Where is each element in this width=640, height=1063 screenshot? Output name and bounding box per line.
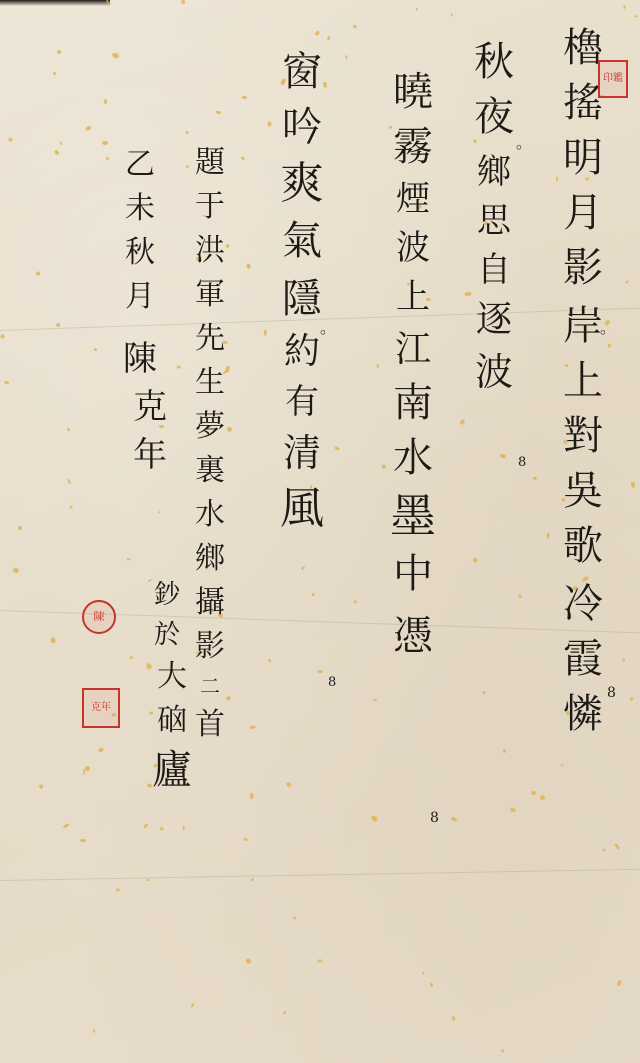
character: 有 bbox=[285, 385, 319, 419]
calligraphy-column-2: 秋 夜 鄉 思 自 逐 波 bbox=[466, 42, 522, 406]
gold-fleck bbox=[242, 96, 247, 99]
character: 吟 bbox=[282, 107, 322, 147]
character: 岸 bbox=[563, 306, 603, 346]
character: 中 bbox=[393, 554, 433, 594]
signature-character: 克 bbox=[133, 390, 167, 424]
character: 影 bbox=[563, 248, 603, 288]
character: 逐 bbox=[476, 302, 512, 338]
character: 歌 bbox=[563, 526, 603, 566]
character: 吳 bbox=[563, 471, 603, 511]
inscription-column-studio: 鈔 於 大 硇 廬 bbox=[112, 582, 212, 804]
character: 冷 bbox=[563, 584, 603, 624]
gold-fleck bbox=[539, 794, 544, 799]
punctuation-mark: 。 bbox=[516, 130, 532, 153]
character: 霞 bbox=[563, 639, 603, 679]
character: 先 bbox=[195, 324, 225, 354]
signature-character: 年 bbox=[133, 438, 167, 472]
character: 憑 bbox=[393, 616, 433, 656]
character: 上 bbox=[396, 280, 430, 314]
character: 鄉 bbox=[195, 544, 225, 574]
character: 乙 bbox=[125, 150, 155, 180]
seal-square-signature: 克年 bbox=[82, 688, 120, 728]
character: 墨 bbox=[390, 493, 436, 539]
character: 對 bbox=[563, 416, 603, 456]
character: 夢 bbox=[195, 412, 225, 442]
signature-character: 陳 bbox=[123, 342, 157, 376]
calligraphy-column-3: 曉 霧 煙 波 上 江 南 水 墨 中 憑 bbox=[385, 72, 441, 671]
character: 秋 bbox=[125, 238, 155, 268]
calligraphy-column-1: 櫓 搖 明 月 影 岸 上 對 吳 歌 冷 霞 憐 bbox=[555, 28, 611, 749]
character: 上 bbox=[563, 361, 603, 401]
character: 明 bbox=[563, 138, 603, 178]
gold-fleck bbox=[38, 784, 43, 789]
character: 搖 bbox=[563, 83, 603, 123]
gold-fleck bbox=[472, 557, 477, 563]
character: 月 bbox=[125, 282, 155, 312]
character: 櫓 bbox=[563, 28, 603, 68]
character: 洪 bbox=[195, 236, 225, 266]
punctuation-mark: 。 bbox=[320, 315, 336, 338]
character: 霧 bbox=[393, 127, 433, 167]
gold-fleck bbox=[267, 121, 272, 127]
character: 江 bbox=[395, 332, 431, 368]
seal-top-right: 印鑑 bbox=[598, 60, 628, 98]
character: 夜 bbox=[474, 97, 514, 137]
punctuation-mark: 8 bbox=[518, 455, 526, 470]
punctuation-mark: 。 bbox=[600, 315, 616, 338]
character: 廬 bbox=[152, 750, 192, 790]
character: 鈔 bbox=[154, 582, 180, 608]
gold-fleck bbox=[500, 1049, 504, 1052]
character: 秋 bbox=[474, 42, 514, 82]
calligraphy-column-4: 窗 吟 爽 氣 隱 約 有 清 風 bbox=[272, 52, 332, 546]
gold-fleck bbox=[282, 1011, 286, 1014]
character: 大 bbox=[157, 662, 187, 692]
character: 水 bbox=[393, 438, 433, 478]
gold-fleck bbox=[243, 837, 248, 841]
punctuation-mark: 。 bbox=[418, 380, 434, 403]
character: 煙 bbox=[396, 182, 430, 216]
gold-fleck bbox=[482, 690, 485, 693]
character: 清 bbox=[283, 434, 321, 472]
character: 硇 bbox=[157, 706, 187, 736]
character: 窗 bbox=[282, 52, 322, 92]
character: 約 bbox=[284, 334, 320, 370]
character: 題 bbox=[195, 148, 225, 178]
character: 於 bbox=[154, 622, 180, 648]
character: 隱 bbox=[282, 279, 322, 319]
character: 波 bbox=[396, 231, 430, 265]
character: 月 bbox=[563, 193, 603, 233]
character: 軍 bbox=[195, 280, 225, 310]
seal-round-signature: 陳 bbox=[82, 600, 116, 634]
character: 氣 bbox=[282, 221, 322, 261]
punctuation-mark: 8 bbox=[430, 810, 439, 826]
inscription-column-signature: 乙 未 秋 月 陳 克 年 bbox=[116, 150, 164, 486]
character: 自 bbox=[477, 253, 511, 287]
character: 爽 bbox=[280, 162, 324, 206]
character: 波 bbox=[475, 353, 513, 391]
gold-fleck bbox=[344, 55, 347, 59]
gold-fleck bbox=[182, 825, 184, 830]
character: 未 bbox=[125, 194, 155, 224]
character: 憐 bbox=[563, 694, 603, 734]
character: 于 bbox=[195, 192, 225, 222]
character: 裏 bbox=[195, 456, 225, 486]
punctuation-mark: 8 bbox=[328, 675, 336, 690]
gold-fleck bbox=[106, 157, 109, 160]
character: 水 bbox=[195, 500, 225, 530]
top-edge-shadow bbox=[0, 0, 110, 6]
gold-fleck bbox=[250, 793, 254, 799]
gold-fleck bbox=[631, 481, 635, 488]
character: 思 bbox=[477, 204, 511, 238]
gold-fleck bbox=[104, 99, 107, 104]
character: 風 bbox=[280, 487, 324, 531]
punctuation-mark: 8 bbox=[607, 685, 616, 701]
character: 鄉 bbox=[477, 155, 511, 189]
character: 生 bbox=[195, 368, 225, 398]
character: 曉 bbox=[393, 72, 433, 112]
